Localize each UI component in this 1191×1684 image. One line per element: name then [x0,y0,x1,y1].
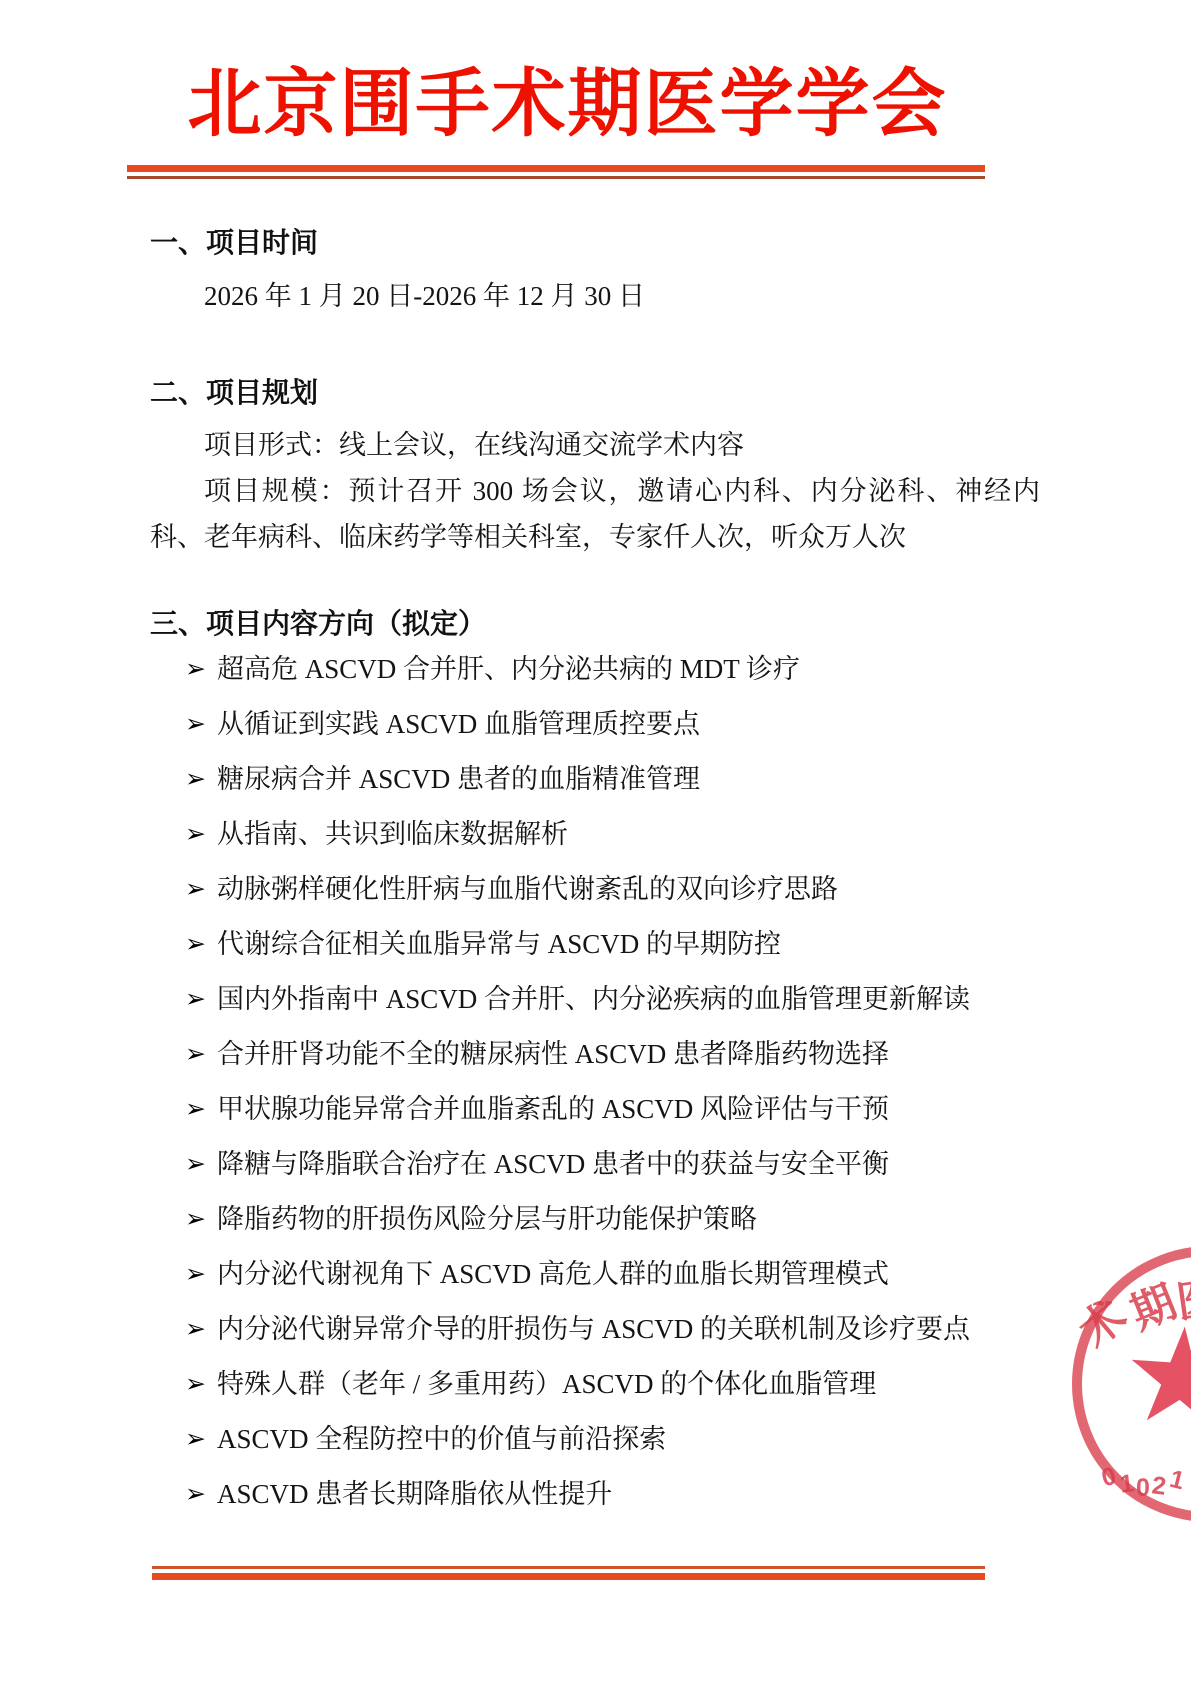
list-item: ➢内分泌代谢异常介导的肝损伤与 ASCVD 的关联机制及诊疗要点 [150,1314,1040,1345]
topic-text: 国内外指南中 ASCVD 合并肝、内分泌疾病的血脂管理更新解读 [217,984,1040,1015]
topic-text: ASCVD 全程防控中的价值与前沿探索 [217,1424,1040,1455]
section-content-heading: 三、项目内容方向（拟定） [150,606,1040,642]
list-item: ➢ASCVD 全程防控中的价值与前沿探索 [150,1424,1040,1455]
topic-text: 降糖与降脂联合治疗在 ASCVD 患者中的获益与安全平衡 [217,1149,1040,1180]
seal-digit: 0 [1136,1474,1150,1503]
seal-digit: 2 [1150,1471,1167,1501]
list-item: ➢从指南、共识到临床数据解析 [150,819,1040,850]
arrow-bullet-icon: ➢ [185,1369,217,1400]
page-title: 北京围手术期医学学会 [150,0,985,153]
topic-text: 内分泌代谢视角下 ASCVD 高危人群的血脂长期管理模式 [217,1259,1040,1290]
arrow-bullet-icon: ➢ [185,1424,217,1455]
arrow-bullet-icon: ➢ [185,1259,217,1290]
seal-arc-char: 期 [1120,1266,1185,1342]
list-item: ➢ASCVD 患者长期降脂依从性提升 [150,1479,1040,1510]
list-item: ➢动脉粥样硬化性肝病与血脂代谢紊乱的双向诊疗思路 [150,874,1040,905]
section-time-heading: 一、项目时间 [150,225,1040,261]
arrow-bullet-icon: ➢ [185,1479,217,1510]
header-rule-thick [127,165,985,172]
seal-arc-char: 术 [1063,1281,1138,1358]
topic-text: 超高危 ASCVD 合并肝、内分泌共病的 MDT 诊疗 [217,654,1040,685]
project-date-range: 2026 年 1 月 20 日-2026 年 12 月 30 日 [150,273,1040,319]
topic-text: 降脂药物的肝损伤风险分层与肝功能保护策略 [217,1204,1040,1235]
seal-digit: 1 [1167,1465,1188,1497]
arrow-bullet-icon: ➢ [185,819,217,850]
document-content: 北京围手术期医学学会 一、项目时间 2026 年 1 月 20 日-2026 年… [150,0,1040,1580]
seal-star-icon: ★ [1118,1308,1191,1448]
arrow-bullet-icon: ➢ [185,1204,217,1235]
list-item: ➢合并肝肾功能不全的糖尿病性 ASCVD 患者降脂药物选择 [150,1039,1040,1070]
topic-text: ASCVD 患者长期降脂依从性提升 [217,1479,1040,1510]
topic-list: ➢超高危 ASCVD 合并肝、内分泌共病的 MDT 诊疗 ➢从循证到实践 ASC… [150,654,1040,1510]
list-item: ➢降脂药物的肝损伤风险分层与肝功能保护策略 [150,1204,1040,1235]
arrow-bullet-icon: ➢ [185,1314,217,1345]
topic-text: 甲状腺功能异常合并血脂紊乱的 ASCVD 风险评估与干预 [217,1094,1040,1125]
section-plan-heading: 二、项目规划 [150,375,1040,411]
arrow-bullet-icon: ➢ [185,1039,217,1070]
seal-ring [1072,1246,1191,1522]
topic-text: 特殊人群（老年 / 多重用药）ASCVD 的个体化血脂管理 [217,1369,1040,1400]
document-page: 北京围手术期医学学会 一、项目时间 2026 年 1 月 20 日-2026 年… [0,0,1191,1684]
list-item: ➢从循证到实践 ASCVD 血脂管理质控要点 [150,709,1040,740]
topic-text: 代谢综合征相关血脂异常与 ASCVD 的早期防控 [217,929,1040,960]
topic-text: 内分泌代谢异常介导的肝损伤与 ASCVD 的关联机制及诊疗要点 [217,1314,1040,1345]
topic-text: 糖尿病合并 ASCVD 患者的血脂精准管理 [217,764,1040,795]
arrow-bullet-icon: ➢ [185,709,217,740]
seal-digit: 1 [1118,1469,1135,1499]
topic-text: 合并肝肾功能不全的糖尿病性 ASCVD 患者降脂药物选择 [217,1039,1040,1070]
header-rule-thin [127,176,985,179]
arrow-bullet-icon: ➢ [185,654,217,685]
arrow-bullet-icon: ➢ [185,1094,217,1125]
seal-arc-char: 医 [1172,1261,1191,1331]
list-item: ➢代谢综合征相关血脂异常与 ASCVD 的早期防控 [150,929,1040,960]
list-item: ➢超高危 ASCVD 合并肝、内分泌共病的 MDT 诊疗 [150,654,1040,685]
list-item: ➢甲状腺功能异常合并血脂紊乱的 ASCVD 风险评估与干预 [150,1094,1040,1125]
arrow-bullet-icon: ➢ [185,1149,217,1180]
list-item: ➢糖尿病合并 ASCVD 患者的血脂精准管理 [150,764,1040,795]
header-rule [127,165,985,179]
list-item: ➢内分泌代谢视角下 ASCVD 高危人群的血脂长期管理模式 [150,1259,1040,1290]
list-item: ➢国内外指南中 ASCVD 合并肝、内分泌疾病的血脂管理更新解读 [150,984,1040,1015]
project-form-line: 项目形式：线上会议，在线沟通交流学术内容 [150,422,1040,468]
topic-text: 从循证到实践 ASCVD 血脂管理质控要点 [217,709,1040,740]
footer-rule-thick [152,1573,985,1580]
topic-text: 动脉粥样硬化性肝病与血脂代谢紊乱的双向诊疗思路 [217,874,1040,905]
arrow-bullet-icon: ➢ [185,874,217,905]
arrow-bullet-icon: ➢ [185,929,217,960]
list-item: ➢降糖与降脂联合治疗在 ASCVD 患者中的获益与安全平衡 [150,1149,1040,1180]
topic-text: 从指南、共识到临床数据解析 [217,819,1040,850]
arrow-bullet-icon: ➢ [185,764,217,795]
list-item: ➢特殊人群（老年 / 多重用药）ASCVD 的个体化血脂管理 [150,1369,1040,1400]
project-scale-line: 项目规模：预计召开 300 场会议，邀请心内科、内分泌科、神经内科、老年病科、临… [150,468,1040,560]
footer-rule [152,1566,985,1580]
arrow-bullet-icon: ➢ [185,984,217,1015]
seal-digit: 0 [1099,1462,1120,1494]
